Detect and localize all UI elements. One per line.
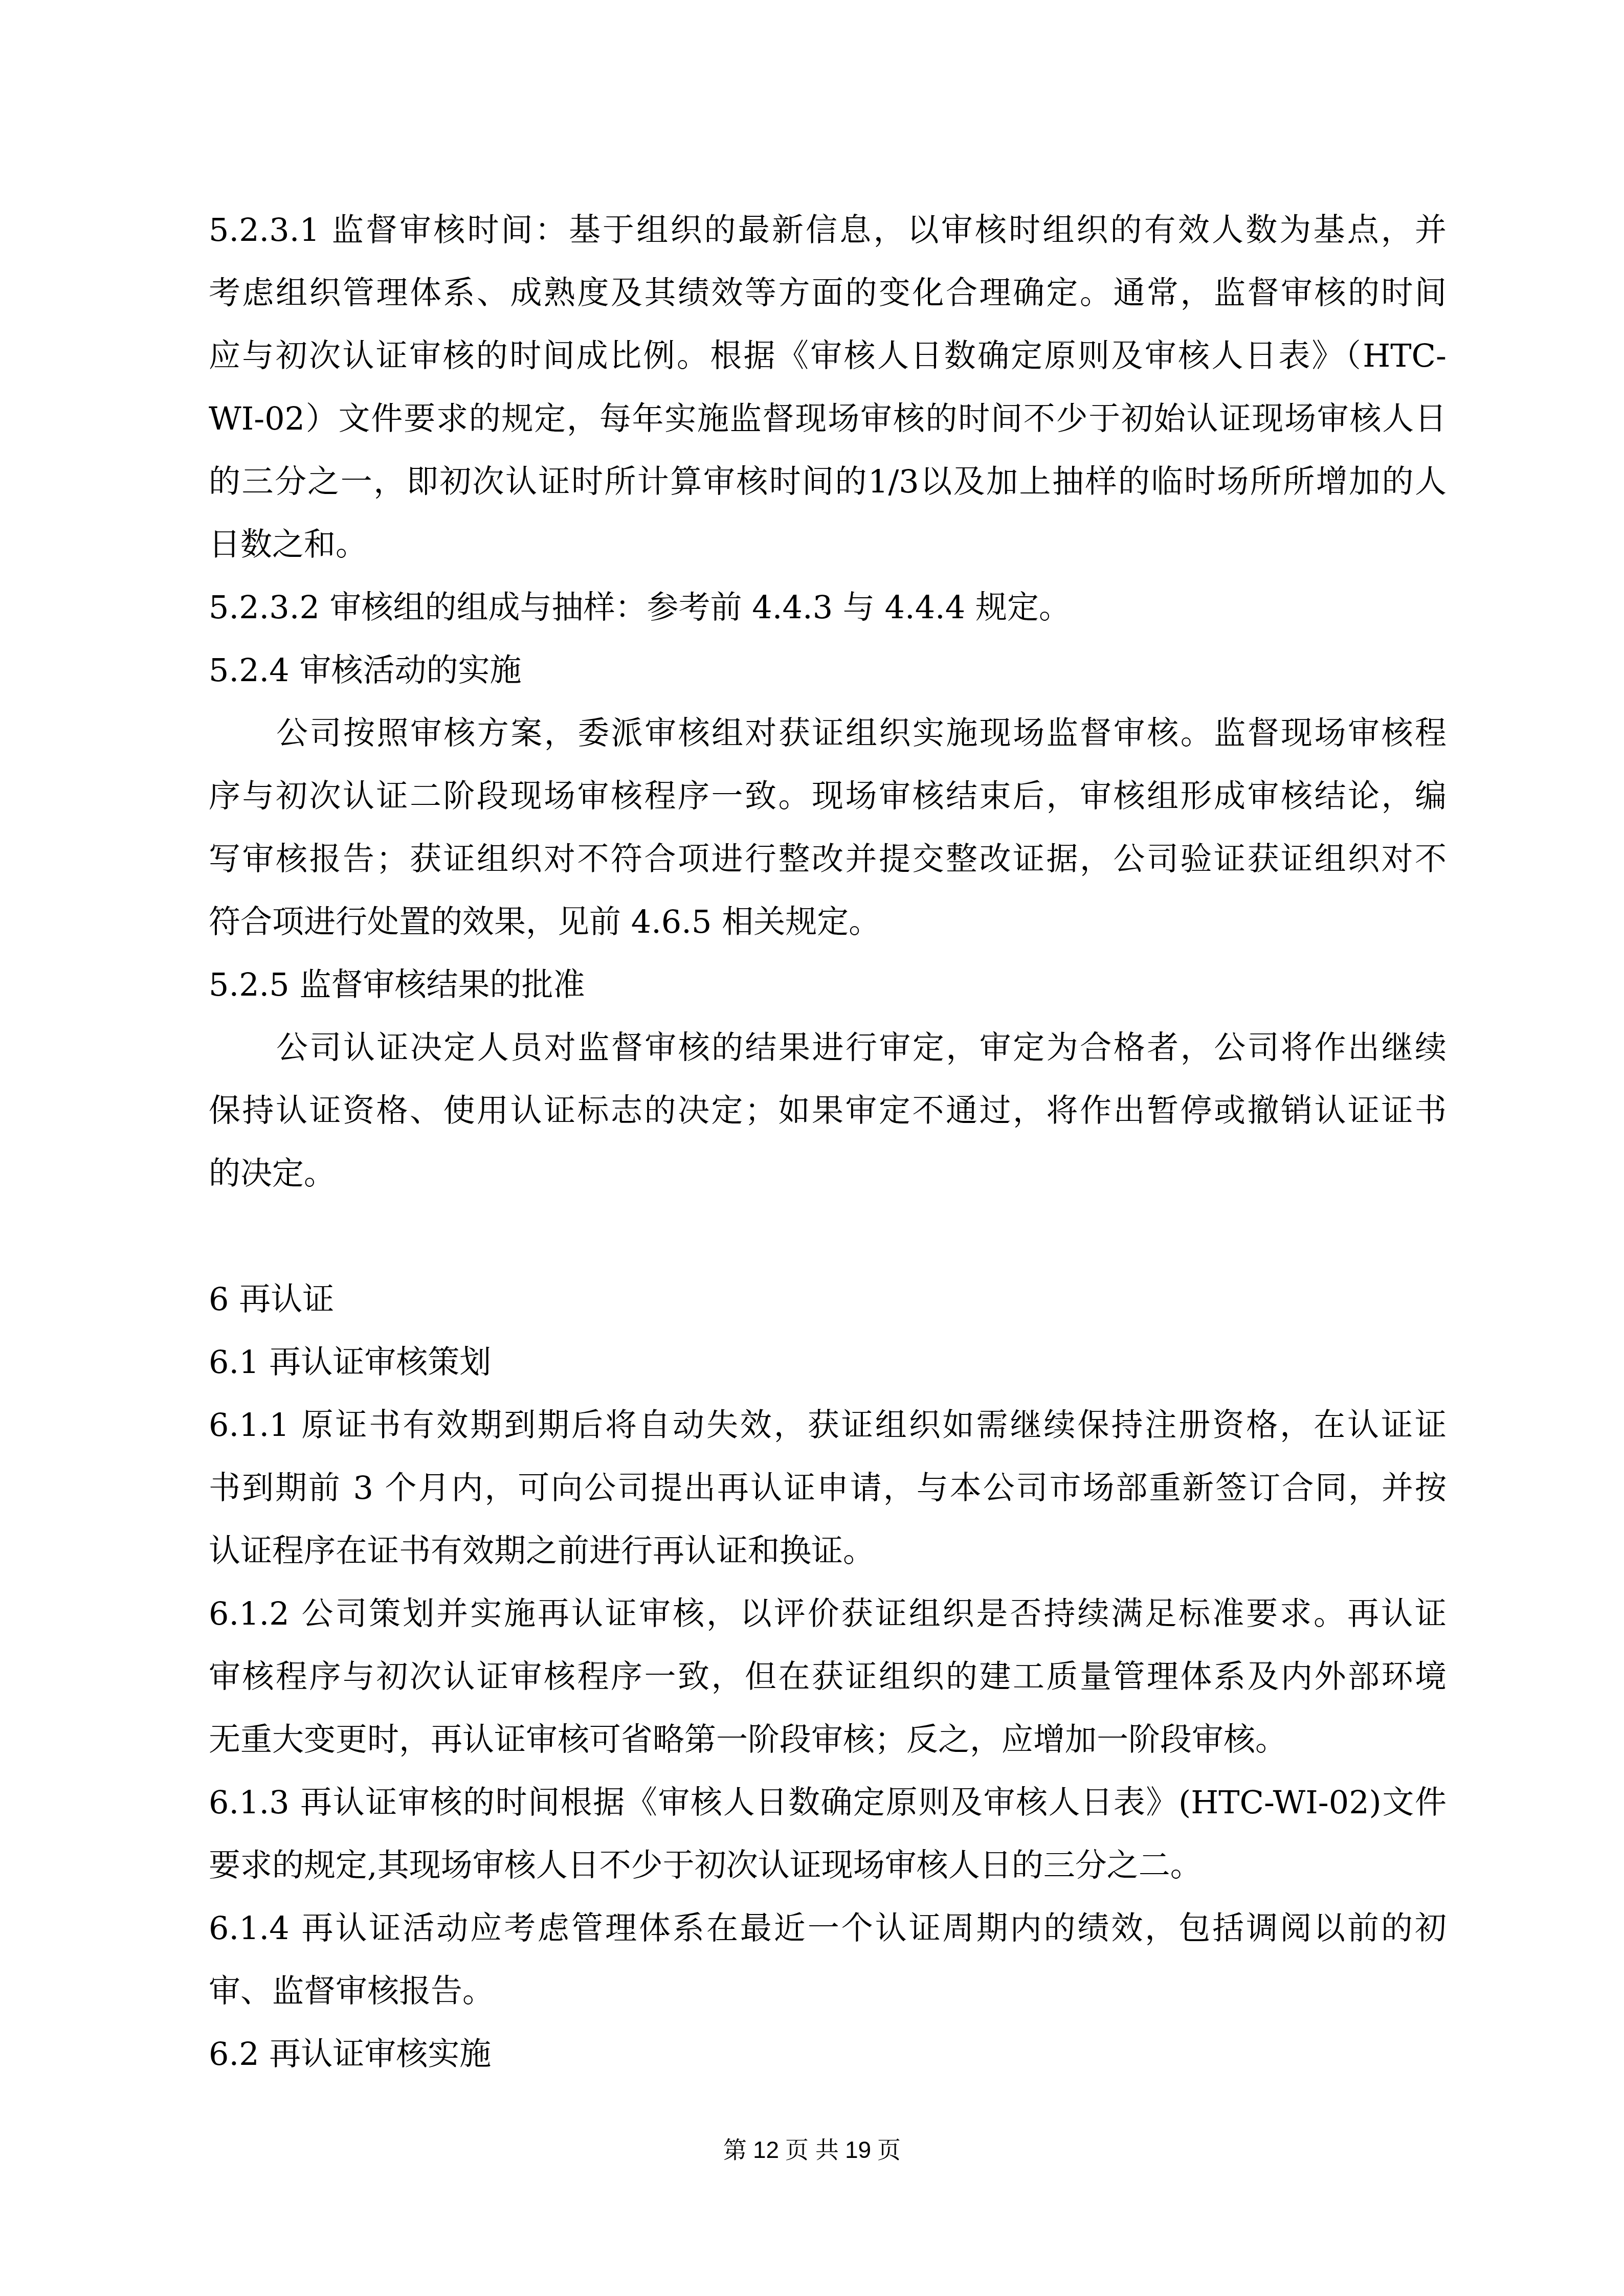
total-page-count: 19 — [845, 2136, 871, 2163]
document-page: 5.2.3.1 监督审核时间：基于组织的最新信息，以审核时组织的有效人数为基点，… — [0, 0, 1624, 2296]
text-line: 书到期前 3 个月内，可向公司提出再认证申请，与本公司市场部重新签订合同，并按 — [209, 1456, 1447, 1519]
text-line: 认证程序在证书有效期之前进行再认证和换证。 — [209, 1519, 1447, 1582]
text-line: 5.2.5 监督审核结果的批准 — [209, 953, 1447, 1016]
text-line: 日数之和。 — [209, 513, 1447, 576]
text-line: 5.2.3.1 监督审核时间：基于组织的最新信息，以审核时组织的有效人数为基点，… — [209, 198, 1447, 261]
text-line: WI-02）文件要求的规定，每年实施监督现场审核的时间不少于初始认证现场审核人日 — [209, 387, 1447, 450]
page-footer: 第12页 共19页 — [0, 2131, 1624, 2165]
text-line: 审、监督审核报告。 — [209, 1960, 1447, 2022]
text-line: 6.1.2 公司策划并实施再认证审核，以评价获证组织是否持续满足标准要求。再认证 — [209, 1582, 1447, 1645]
text-line: 5.2.3.2 审核组的组成与抽样：参考前 4.4.3 与 4.4.4 规定。 — [209, 576, 1447, 639]
page-footer-middle: 页 共 — [785, 2136, 839, 2163]
text-line: 6.1.3 再认证审核的时间根据《审核人日数确定原则及审核人日表》(HTC-WI… — [209, 1771, 1447, 1834]
document-body: 5.2.3.1 监督审核时间：基于组织的最新信息，以审核时组织的有效人数为基点，… — [209, 198, 1447, 2085]
text-line: 要求的规定,其现场审核人日不少于初次认证现场审核人日的三分之二。 — [209, 1834, 1447, 1897]
text-line: 写审核报告；获证组织对不符合项进行整改并提交整改证据，公司验证获证组织对不 — [209, 827, 1447, 890]
text-line: 符合项进行处置的效果，见前 4.6.5 相关规定。 — [209, 890, 1447, 953]
page-footer-suffix: 页 — [877, 2136, 901, 2163]
text-line: 公司按照审核方案，委派审核组对获证组织实施现场监督审核。监督现场审核程 — [209, 702, 1447, 764]
text-line: 审核程序与初次认证审核程序一致，但在获证组织的建工质量管理体系及内外部环境 — [209, 1645, 1447, 1708]
text-line: 6.1.4 再认证活动应考虑管理体系在最近一个认证周期内的绩效，包括调阅以前的初 — [209, 1897, 1447, 1960]
text-line: 的三分之一，即初次认证时所计算审核时间的1/3以及加上抽样的临时场所所增加的人 — [209, 450, 1447, 513]
text-line: 6.1 再认证审核策划 — [209, 1331, 1447, 1393]
text-line: 无重大变更时，再认证审核可省略第一阶段审核；反之，应增加一阶段审核。 — [209, 1708, 1447, 1771]
text-line: 公司认证决定人员对监督审核的结果进行审定，审定为合格者，公司将作出继续 — [209, 1016, 1447, 1079]
text-line: 序与初次认证二阶段现场审核程序一致。现场审核结束后，审核组形成审核结论，编 — [209, 764, 1447, 827]
text-line: 6.2 再认证审核实施 — [209, 2022, 1447, 2085]
text-line: 的决定。 — [209, 1142, 1447, 1205]
blank-line — [209, 1205, 1447, 1268]
text-line: 6 再认证 — [209, 1268, 1447, 1331]
text-line: 应与初次认证审核的时间成比例。根据《审核人日数确定原则及审核人日表》（HTC- — [209, 324, 1447, 387]
text-line: 5.2.4 审核活动的实施 — [209, 639, 1447, 702]
text-line: 6.1.1 原证书有效期到期后将自动失效，获证组织如需继续保持注册资格，在认证证 — [209, 1393, 1447, 1456]
text-line: 考虑组织管理体系、成熟度及其绩效等方面的变化合理确定。通常，监督审核的时间 — [209, 261, 1447, 324]
text-line: 保持认证资格、使用认证标志的决定；如果审定不通过，将作出暂停或撤销认证证书 — [209, 1079, 1447, 1142]
page-footer-prefix: 第 — [723, 2136, 747, 2163]
current-page-number: 12 — [753, 2136, 779, 2163]
